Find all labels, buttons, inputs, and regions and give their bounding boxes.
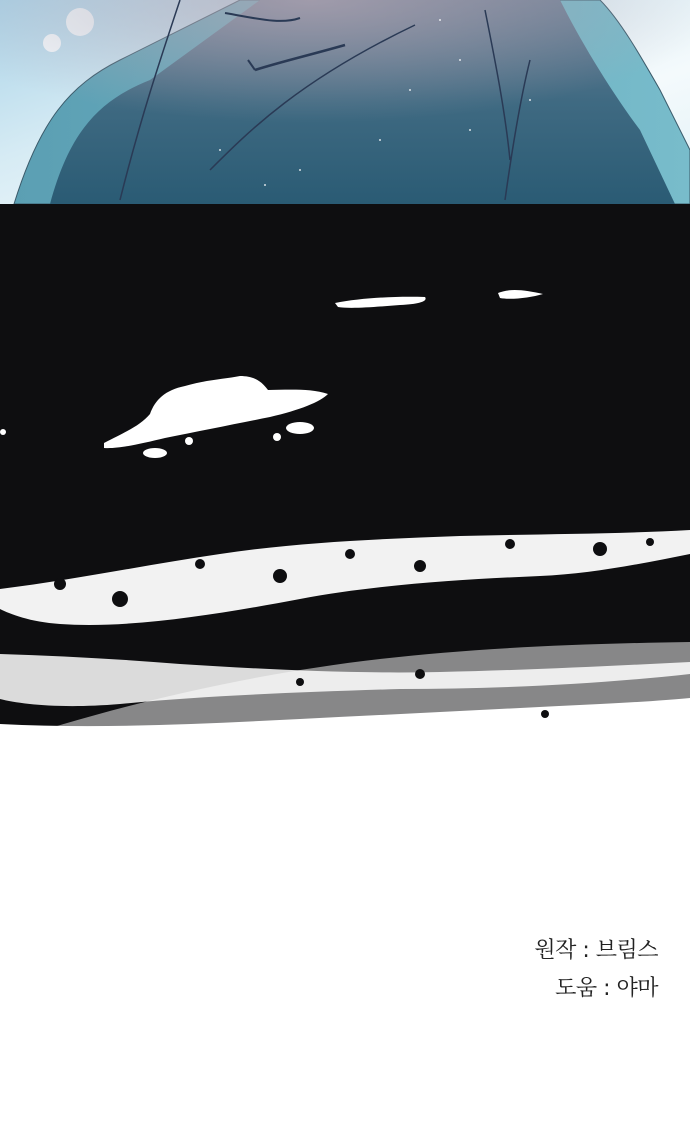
credit-label: 원작	[534, 938, 576, 963]
credit-separator: :	[597, 976, 617, 1001]
figure-illustration	[0, 0, 690, 204]
credit-assistant: 도움 : 야마	[534, 970, 658, 1008]
comic-panel-figure	[0, 0, 690, 204]
credits-block: 원작 : 브림스 도움 : 야마	[534, 932, 658, 1008]
ink-splash-illustration	[0, 204, 690, 804]
credit-separator: :	[576, 938, 596, 963]
credit-name: 브림스	[596, 938, 658, 963]
comic-panel-ink-splash	[0, 204, 690, 804]
credit-label: 도움	[555, 976, 597, 1001]
credit-name: 야마	[616, 976, 658, 1001]
credit-original-author: 원작 : 브림스	[534, 932, 658, 970]
